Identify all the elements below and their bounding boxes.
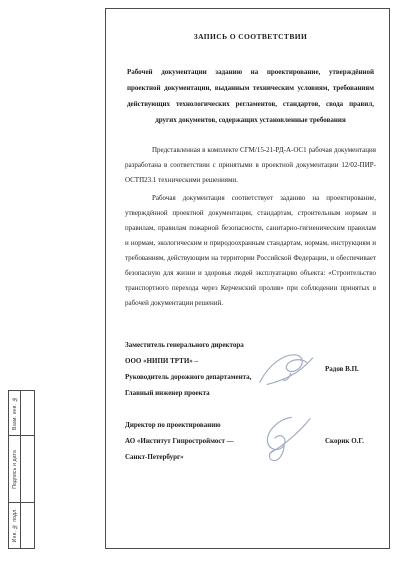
handwritten-signature-radov: [253, 347, 321, 391]
signatory-name: Скорик О.Г.: [321, 437, 376, 445]
stamp-empty-cell: [21, 436, 34, 502]
page-title: ЗАПИСЬ О СООТВЕТСТВИИ: [125, 32, 376, 41]
position-line: Директор по проектированию: [125, 417, 253, 433]
stamp-label-column: Подпись и дата: [9, 436, 21, 502]
document-content: ЗАПИСЬ О СООТВЕТСТВИИ Рабочей документац…: [106, 9, 389, 548]
stamp-label-column: Взам. инв. №: [9, 391, 21, 435]
signatory-position: Заместитель генерального директора ООО «…: [125, 337, 253, 401]
signatory-position: Директор по проектированию АО «Институт …: [125, 417, 253, 465]
position-line: АО «Институт Гипростроймост —: [125, 433, 253, 449]
stamp-empty-cell: [21, 503, 34, 548]
stamp-label-column: Инв. № подл.: [9, 503, 21, 548]
signatory-name: Радов В.П.: [321, 365, 376, 373]
signature-radov-icon: [254, 347, 320, 391]
signatory-block-radov: Заместитель генерального директора ООО «…: [125, 337, 376, 401]
title-block-side-strip: Взам. инв. № Подпись и дата Инв. № подл.: [8, 390, 35, 549]
stamp-label-inv-podl: Инв. № подл.: [12, 508, 18, 542]
stamp-cell-vzam-inv: Взам. инв. №: [8, 390, 35, 435]
stamp-empty-cell: [21, 391, 34, 435]
stamp-label-podpis-data: Подпись и дата: [12, 450, 18, 489]
position-line: Руководитель дорожного департамента,: [125, 369, 253, 385]
stamp-cell-inv-podl: Инв. № подл.: [8, 502, 35, 549]
document-frame: ЗАПИСЬ О СООТВЕТСТВИИ Рабочей документац…: [105, 8, 390, 549]
paragraph-compliance: Рабочая документация соответствует задан…: [125, 191, 376, 311]
conformity-heading: Рабочей документации заданию на проектир…: [125, 64, 376, 128]
stamp-label-vzam-inv: Взам. инв. №: [12, 396, 18, 430]
stamp-cell-podpis-data: Подпись и дата: [8, 435, 35, 502]
paragraph-complect: Представленная в комплекте СГМ/15-21-РД-…: [125, 143, 376, 188]
handwritten-signature-skorik: [253, 413, 321, 469]
position-line: Главный инженер проекта: [125, 385, 253, 401]
signature-skorik-icon: [258, 413, 316, 469]
position-line: Заместитель генерального директора: [125, 337, 253, 353]
scanned-document-page: { "document": { "title": "ЗАПИСЬ О СООТВ…: [0, 0, 398, 565]
position-line: Санкт-Петербург»: [125, 449, 253, 465]
signatory-block-skorik: Директор по проектированию АО «Институт …: [125, 413, 376, 469]
position-line: ООО «НИПИ ТРТИ» –: [125, 353, 253, 369]
